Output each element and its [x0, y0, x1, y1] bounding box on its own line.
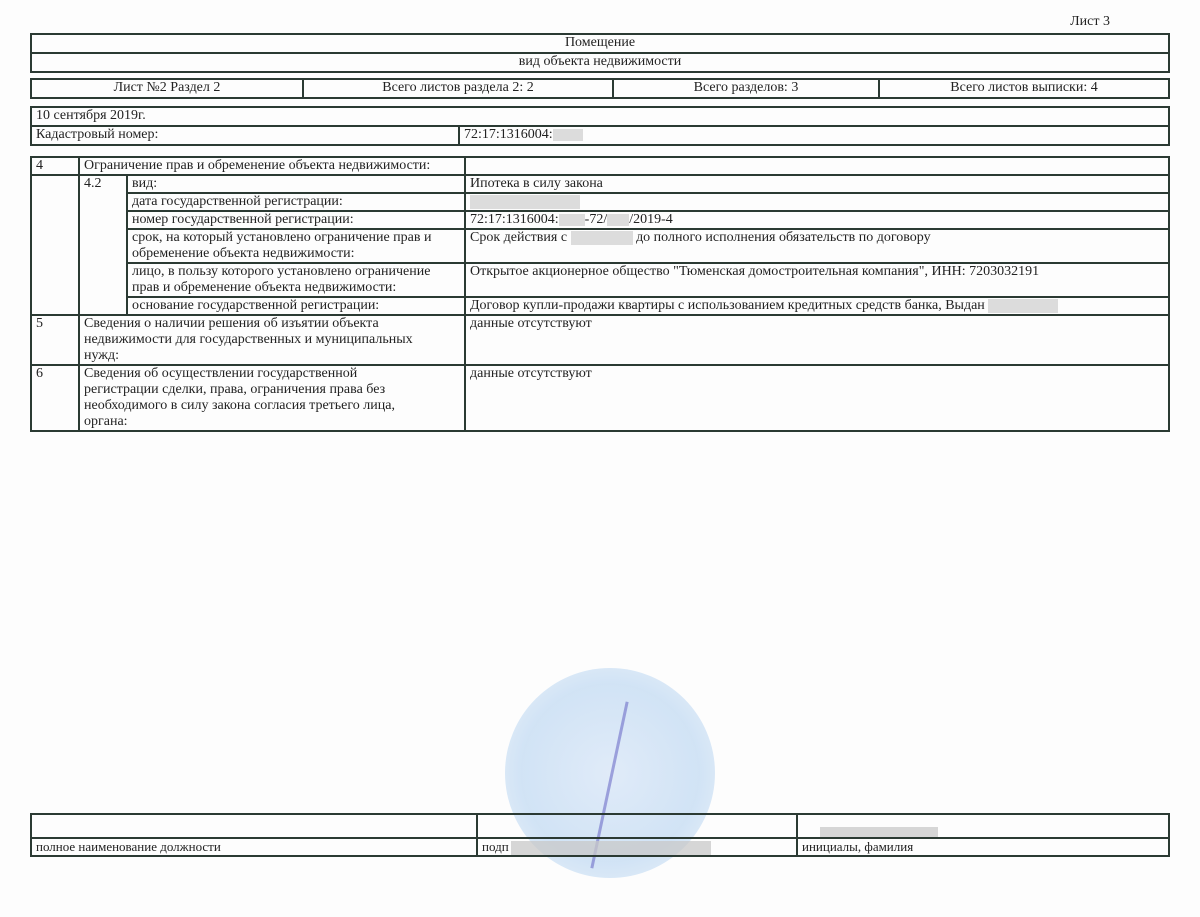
kind-value: Ипотека в силу закона — [465, 175, 1169, 193]
restriction-title-value — [465, 157, 1169, 175]
third-party-consent-label: Сведения об осуществлении государственно… — [79, 365, 465, 431]
redacted — [988, 299, 1058, 313]
sheet-number: Лист 3 — [1070, 14, 1110, 30]
registration-date-value — [465, 193, 1169, 211]
redacted — [820, 827, 938, 837]
term-label: срок, на который установлено ограничение… — [127, 229, 465, 263]
redacted — [511, 841, 711, 855]
meta-table: 10 сентября 2019г. Кадастровый номер: 72… — [30, 106, 1170, 146]
registration-basis-label: основание государственной регистрации: — [127, 297, 465, 315]
registration-date-label: дата государственной регистрации: — [127, 193, 465, 211]
registration-number-value: 72:17:1316004:-72//2019-4 — [465, 211, 1169, 229]
object-header-table: Помещение вид объекта недвижимости — [30, 33, 1170, 73]
redacted — [559, 214, 585, 226]
position-field — [31, 814, 477, 838]
sub-row-number: 4.2 — [79, 175, 127, 315]
total-sections: Всего разделов: 3 — [613, 79, 879, 98]
position-caption: полное наименование должности — [31, 838, 477, 856]
registration-number-label: номер государственной регистрации: — [127, 211, 465, 229]
row-number: 4 — [31, 157, 79, 175]
signature-field — [477, 814, 797, 838]
sheet-info-table: Лист №2 Раздел 2 Всего листов раздела 2:… — [30, 78, 1170, 99]
sheet-section: Лист №2 Раздел 2 — [31, 79, 303, 98]
third-party-consent-value: данные отсутствуют — [465, 365, 1169, 431]
redacted — [607, 214, 629, 226]
registration-basis-value: Договор купли-продажи квартиры с использ… — [465, 297, 1169, 315]
signature-table: полное наименование должности подп иници… — [30, 813, 1170, 857]
name-field — [797, 814, 1169, 838]
object-name: Помещение — [31, 34, 1169, 53]
redacted — [470, 195, 580, 209]
name-caption: инициалы, фамилия — [797, 838, 1169, 856]
row-number: 5 — [31, 315, 79, 365]
total-extract-sheets: Всего листов выписки: 4 — [879, 79, 1169, 98]
row-number-spacer — [31, 175, 79, 315]
extract-date: 10 сентября 2019г. — [31, 107, 1169, 126]
restriction-title: Ограничение прав и обременение объекта н… — [79, 157, 465, 175]
term-value: Срок действия с до полного исполнения об… — [465, 229, 1169, 263]
redacted — [553, 129, 583, 141]
section-sheets-count: Всего листов раздела 2: 2 — [303, 79, 613, 98]
object-type-caption: вид объекта недвижимости — [31, 53, 1169, 72]
cadastral-number: 72:17:1316004: — [459, 126, 1169, 145]
beneficiary-value: Открытое акционерное общество "Тюменская… — [465, 263, 1169, 297]
seizure-decision-value: данные отсутствуют — [465, 315, 1169, 365]
row-number: 6 — [31, 365, 79, 431]
restrictions-table: 4 Ограничение прав и обременение объекта… — [30, 156, 1170, 432]
beneficiary-label: лицо, в пользу которого установлено огра… — [127, 263, 465, 297]
cadastral-label: Кадастровый номер: — [31, 126, 459, 145]
signature-caption: подп — [477, 838, 797, 856]
kind-label: вид: — [127, 175, 465, 193]
seizure-decision-label: Сведения о наличии решения об изъятии об… — [79, 315, 465, 365]
redacted — [571, 231, 633, 245]
